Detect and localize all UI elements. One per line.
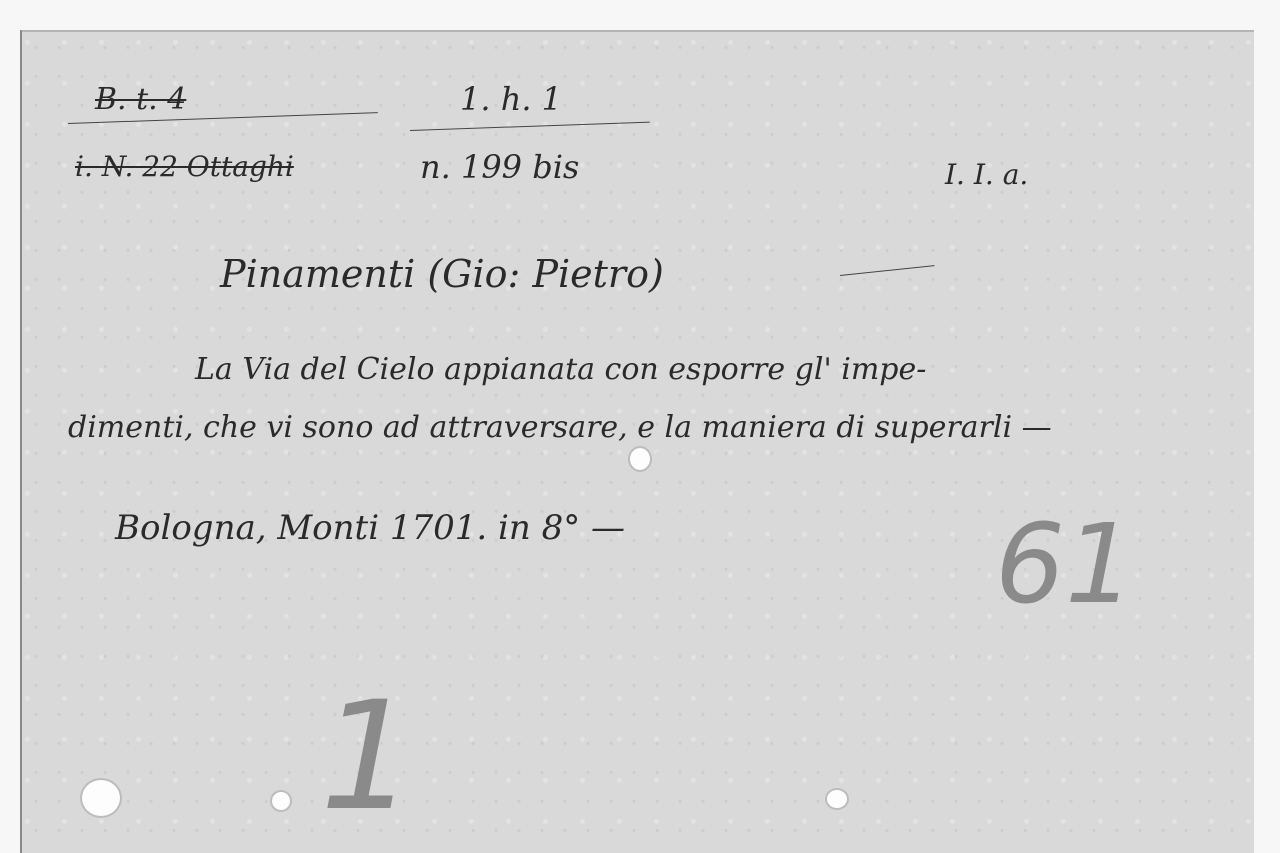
- pencil-mark: 1: [320, 670, 415, 844]
- punch-hole-right: [827, 790, 847, 808]
- shelfmark-right: I. I. a.: [945, 158, 1028, 191]
- punch-hole-left: [82, 780, 120, 816]
- shelfmark-bottom: n. 199 bis: [420, 148, 579, 186]
- struck-shelfmark-top: B. t. 4: [95, 82, 186, 117]
- shelfmark-top: 1. h. 1: [460, 80, 562, 118]
- pencil-number: 61: [995, 500, 1135, 628]
- author-heading: Pinamenti (Gio: Pietro): [220, 252, 664, 296]
- catalog-card: B. t. 4 i. N. 22 Ottaghi 1. h. 1 n. 199 …: [20, 30, 1254, 853]
- title-line-2: dimenti, che vi sono ad attraversare, e …: [68, 410, 1052, 445]
- imprint-line: Bologna, Monti 1701. in 8° —: [115, 508, 625, 548]
- author-dash: [840, 265, 935, 276]
- title-line-1: La Via del Cielo appianata con esporre g…: [195, 352, 926, 387]
- struck-shelfmark-bottom: i. N. 22 Ottaghi: [75, 150, 294, 183]
- shelfmark-divider: [410, 122, 650, 131]
- punch-hole-small: [272, 792, 290, 810]
- punch-hole-center: [630, 448, 650, 470]
